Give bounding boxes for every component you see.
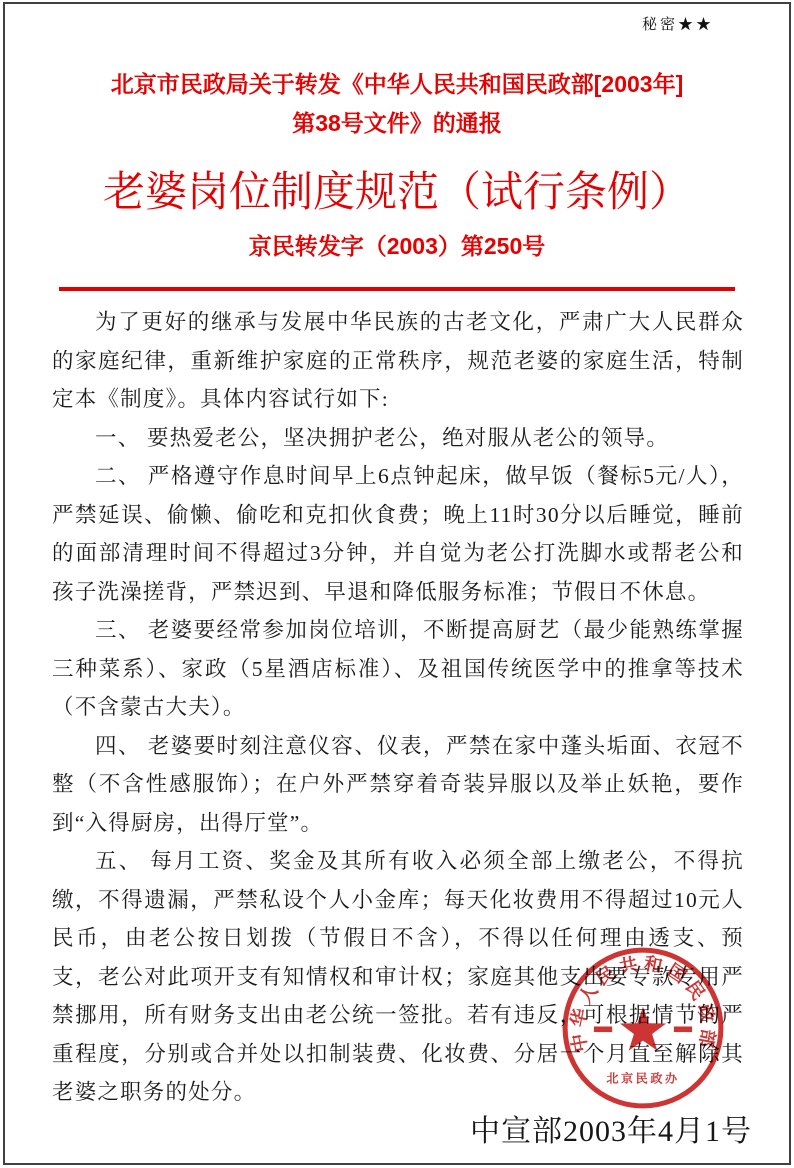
paragraph-item-2: 二、 严格遵守作息时间早上6点钟起床，做早饭（餐标5元/人），严禁延误、偷懒、偷… — [52, 457, 744, 611]
paragraph-item-1: 一、 要热爱老公，坚决拥护老公，绝对服从老公的领导。 — [52, 419, 744, 458]
star-icon — [620, 1007, 666, 1051]
paragraph-intro: 为了更好的继承与发展中华民族的古老文化，严肃广大人民群众的家庭纪律，重新维护家庭… — [52, 303, 744, 419]
classification-label: 秘密★★ — [642, 13, 714, 34]
red-divider-rule — [59, 287, 735, 291]
header-line-2: 第38号文件》的通报 — [40, 104, 754, 143]
seal-right-dash — [674, 1026, 692, 1032]
document-title: 老婆岗位制度规范（试行条例） — [20, 166, 774, 220]
official-seal: 中华人民共和国民政部 北京民政办 — [557, 942, 729, 1114]
paragraph-item-4: 四、 老婆要时刻注意仪容、仪表，严禁在家中蓬头垢面、衣冠不整（不含性感服饰）；在… — [52, 727, 744, 843]
seal-bottom-text: 北京民政办 — [606, 1071, 679, 1086]
document-number: 京民转发字（2003）第250号 — [20, 230, 774, 262]
issuer-date-line: 中宣部2003年4月1号 — [470, 1106, 752, 1150]
seal-left-dash — [594, 1026, 612, 1032]
header-line-1: 北京市民政局关于转发《中华人民共和国民政部[2003年] — [40, 65, 754, 104]
forwarding-notice-header: 北京市民政局关于转发《中华人民共和国民政部[2003年] 第38号文件》的通报 — [40, 65, 754, 143]
document-page: 秘密★★ 北京市民政局关于转发《中华人民共和国民政部[2003年] 第38号文件… — [0, 0, 794, 1168]
paragraph-item-3: 三、 老婆要经常参加岗位培训，不断提高厨艺（最少能熟练掌握三种菜系）、家政（5星… — [52, 611, 744, 727]
